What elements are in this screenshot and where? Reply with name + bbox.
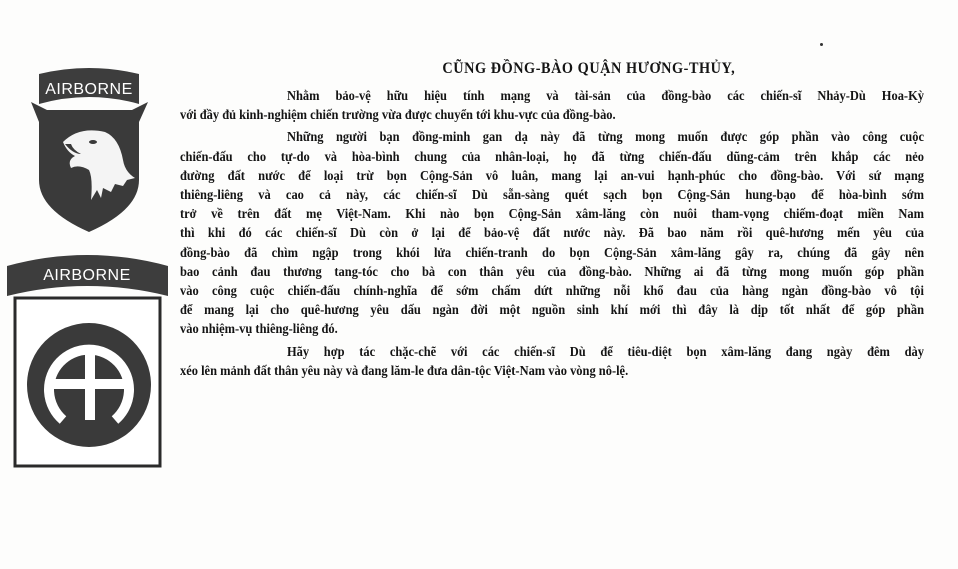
text-line: xéo lên mảnh đất thân yêu này và đang lă…: [180, 361, 924, 380]
text-line: thì khi đó các chiến-sĩ Dù còn ở lại để …: [180, 223, 924, 242]
text-line: đồng-bào đã chìm ngập trong khói lửa chi…: [180, 243, 924, 262]
airborne-tab-label: AIRBORNE: [43, 267, 131, 284]
text-line: với đầy đủ kinh-nghiệm chiến trường vừa …: [180, 105, 924, 124]
text-line: Hãy hợp tác chặc-chẽ với các chiến-sĩ Dù…: [180, 342, 924, 361]
leaflet-title: CŨNG ĐỒNG-BÀO QUẬN HƯƠNG-THỦY,: [210, 60, 894, 78]
text-line: vào nhiệm-vụ thiêng-liêng đó.: [180, 319, 924, 338]
circle-cross-icon: [27, 323, 151, 447]
print-speck: [820, 43, 823, 46]
text-line: bao cảnh đau thương tang-tóc cho bà con …: [180, 262, 924, 281]
text-line: đường đất nước để loại trừ bọn Cộng-Sản …: [180, 166, 924, 185]
text-line: vào công cuộc chiến-đấu chính-nghĩa để s…: [180, 281, 924, 300]
text-line: chiến-đấu cho tự-do và hòa-bình chung củ…: [180, 147, 924, 166]
paragraph-1: Nhằm bảo-vệ hữu hiệu tính mạng và tài-sả…: [180, 86, 924, 124]
text-line: Nhằm bảo-vệ hữu hiệu tính mạng và tài-sả…: [180, 86, 924, 105]
text-line: thiêng-liêng và cao cả này, các chiến-sĩ…: [180, 185, 924, 204]
paragraph-2: Những người bạn đồng-minh gan dạ này đã …: [180, 127, 924, 338]
leaflet-text: CŨNG ĐỒNG-BÀO QUẬN HƯƠNG-THỦY, Nhằm bảo-…: [180, 60, 924, 380]
101st-airborne-insignia: AIRBORNE: [27, 60, 152, 235]
text-line: Những người bạn đồng-minh gan dạ này đã …: [180, 127, 924, 146]
82nd-airborne-insignia: AIRBORNE: [5, 248, 170, 470]
paragraph-3: Hãy hợp tác chặc-chẽ với các chiến-sĩ Dù…: [180, 342, 924, 380]
leaflet-page: AIRBORNE AIRBORNE CŨNG ĐỒNG-BÀO QUẬN HƯƠ…: [0, 0, 958, 569]
text-line: để mang lại cho quê-hương yêu dấu ngàn đ…: [180, 300, 924, 319]
text-line: trở về trên đất mẹ Việt-Nam. Khi nào bọn…: [180, 204, 924, 223]
airborne-tab-label: AIRBORNE: [45, 81, 133, 98]
